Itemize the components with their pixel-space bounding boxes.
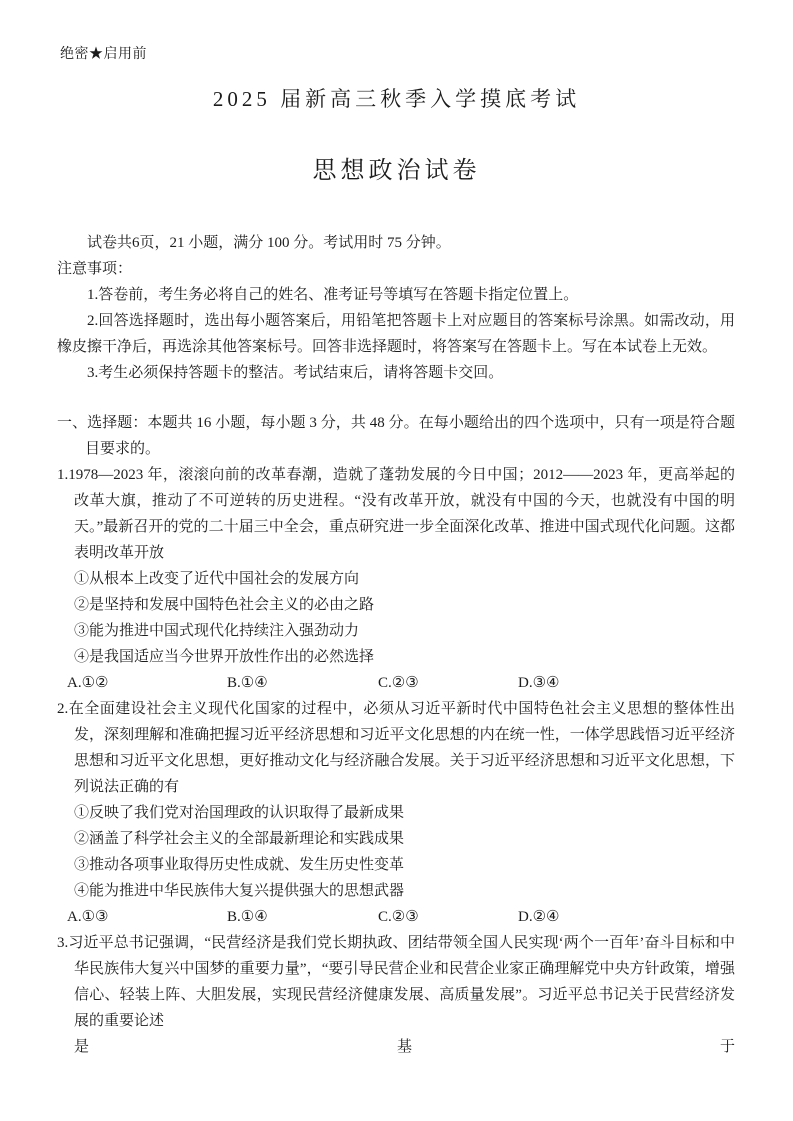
question-3: 3.习近平总书记强调，“民营经济是我们党长期执政、团结带领全国人民实现‘两个一百… [57, 930, 735, 1060]
section-1-header: 一、选择题：本题共 16 小题，每小题 3 分，共 48 分。在每小题给出的四个… [57, 410, 735, 462]
question-2-choices: A.①③ B.①④ C.②③ D.②④ [57, 904, 735, 930]
paper-body: 试卷共6页，21 小题，满分 100 分。考试用时 75 分钟。 注意事项： 1… [57, 230, 735, 1060]
exam-title: 2025 届新高三秋季入学摸底考试 [0, 87, 793, 111]
question-2-item-1: ①反映了我们党对治国理政的认识取得了最新成果 [57, 800, 735, 826]
question-3-justified-line: 是 基 于 [57, 1034, 735, 1060]
question-2-item-4: ④能为推进中华民族伟大复兴提供强大的思想武器 [57, 878, 735, 904]
question-1-stem: 1.1978—2023 年，滚滚向前的改革春潮，造就了蓬勃发展的今日中国；201… [57, 462, 735, 566]
question-2-stem: 2.在全面建设社会主义现代化国家的过程中，必须从习近平新时代中国特色社会主义思想… [57, 696, 735, 800]
question-1-choice-d: D.③④ [518, 670, 559, 696]
notice-header: 注意事项： [57, 256, 735, 282]
question-2-choice-a: A.①③ [67, 904, 227, 930]
question-3-spread-char-3: 于 [720, 1034, 735, 1060]
question-2-choice-c: C.②③ [378, 904, 518, 930]
question-2-choice-d: D.②④ [518, 904, 559, 930]
question-2: 2.在全面建设社会主义现代化国家的过程中，必须从习近平新时代中国特色社会主义思想… [57, 696, 735, 930]
question-3-spread-char-2: 基 [397, 1034, 412, 1060]
question-2-choice-b: B.①④ [227, 904, 378, 930]
paper-subject-title: 思想政治试卷 [0, 157, 793, 185]
classification-label: 绝密★启用前 [60, 45, 793, 65]
question-1-item-3: ③能为推进中国式现代化持续注入强劲动力 [57, 618, 735, 644]
notice-item-1: 1.答卷前，考生务必将自己的姓名、准考证号等填写在答题卡指定位置上。 [57, 282, 735, 308]
question-1-number: 1. [57, 467, 68, 483]
question-3-stem: 3.习近平总书记强调，“民营经济是我们党长期执政、团结带领全国人民实现‘两个一百… [57, 930, 735, 1034]
question-1: 1.1978—2023 年，滚滚向前的改革春潮，造就了蓬勃发展的今日中国；201… [57, 462, 735, 696]
question-1-item-4: ④是我国适应当今世界开放性作出的必然选择 [57, 644, 735, 670]
question-3-spread-char-1: 是 [74, 1034, 89, 1060]
question-2-stem-text: 在全面建设社会主义现代化国家的过程中，必须从习近平新时代中国特色社会主义思想的整… [68, 701, 735, 795]
question-2-item-3: ③推动各项事业取得历史性成就、发生历史性变革 [57, 852, 735, 878]
exam-info-line: 试卷共6页，21 小题，满分 100 分。考试用时 75 分钟。 [57, 230, 735, 256]
notice-item-3: 3.考生必须保持答题卡的整洁。考试结束后，请将答题卡交回。 [57, 360, 735, 386]
question-1-choice-a: A.①② [67, 670, 227, 696]
exam-paper-page: 绝密★启用前 2025 届新高三秋季入学摸底考试 思想政治试卷 试卷共6页，21… [0, 0, 793, 1121]
question-1-choice-b: B.①④ [227, 670, 378, 696]
question-1-choices: A.①② B.①④ C.②③ D.③④ [57, 670, 735, 696]
question-2-number: 2. [57, 701, 68, 717]
question-3-number: 3. [57, 935, 68, 951]
question-2-item-2: ②涵盖了科学社会主义的全部最新理论和实践成果 [57, 826, 735, 852]
question-1-choice-c: C.②③ [378, 670, 518, 696]
question-1-item-2: ②是坚持和发展中国特色社会主义的必由之路 [57, 592, 735, 618]
question-1-item-1: ①从根本上改变了近代中国社会的发展方向 [57, 566, 735, 592]
notice-item-2: 2.回答选择题时，选出每小题答案后，用铅笔把答题卡上对应题目的答案标号涂黑。如需… [57, 308, 735, 360]
question-1-stem-text: 1978—2023 年，滚滚向前的改革春潮，造就了蓬勃发展的今日中国；2012—… [68, 467, 735, 561]
question-3-stem-text: 习近平总书记强调，“民营经济是我们党长期执政、团结带领全国人民实现‘两个一百年’… [68, 935, 735, 1029]
